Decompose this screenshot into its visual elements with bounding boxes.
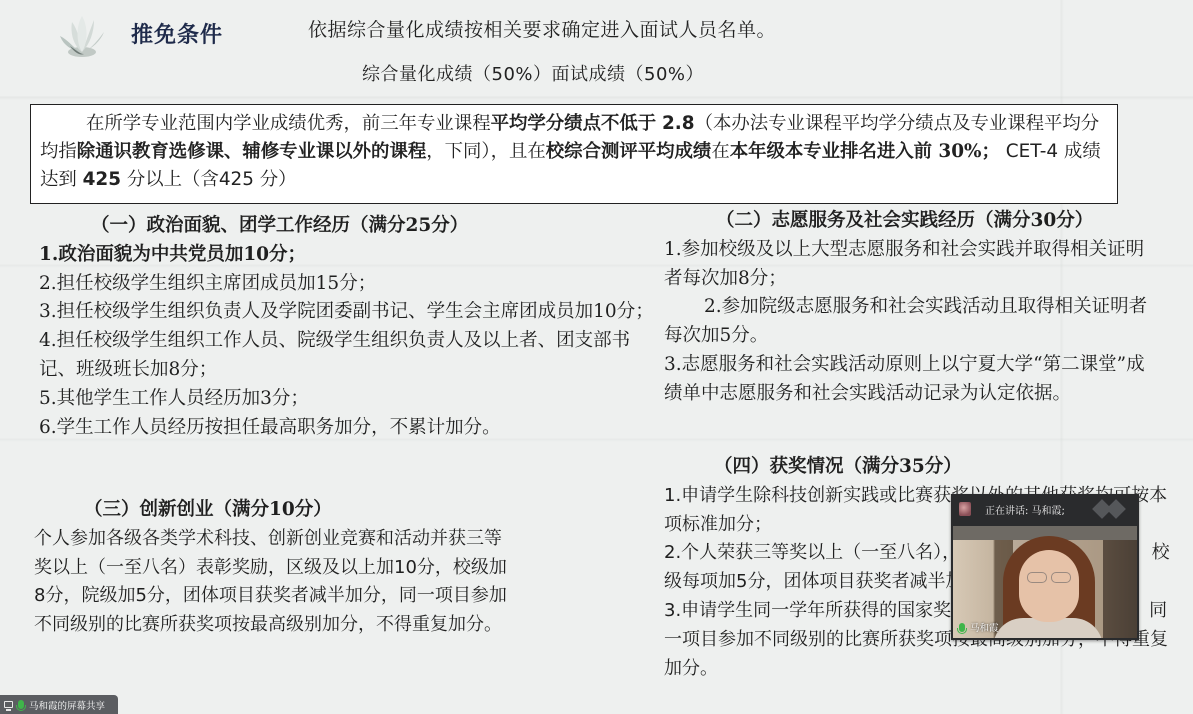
list-item: 4.担任校级学生组织工作人员、院级学生组织负责人及以上者、团支部书记、班级班长加… (39, 327, 659, 385)
section-heading: （三）创新创业（满分10分） (34, 496, 514, 525)
section-volunteer-service: （二）志愿服务及社会实践经历（满分30分） 1.参加校级及以上大型志愿服务和社会… (664, 207, 1154, 409)
speaking-indicator: 正在讲话: 马和霞; (985, 502, 1065, 517)
screen-share-icon (4, 701, 13, 708)
list-item: 1.政治面貌为中共党员加10分； (39, 241, 659, 270)
list-item: 6.学生工作人员经历按担任最高职务加分，不累计加分。 (39, 414, 659, 443)
criteria-text: 分以上（含425 分） (121, 169, 297, 190)
participant-name: 马和霞 (970, 620, 999, 634)
microphone-icon (959, 623, 965, 632)
section-political-work: （一）政治面貌、团学工作经历（满分25分） 1.政治面貌为中共党员加10分； 2… (39, 212, 659, 442)
section-heading: （一）政治面貌、团学工作经历（满分25分） (39, 212, 659, 241)
criteria-text: 在 (711, 141, 729, 162)
criteria-emphasis: 校综合测评平均成绩 (546, 141, 712, 162)
speaker-video-panel[interactable]: 正在讲话: 马和霞; 马和霞 (951, 494, 1139, 640)
lotus-logo-icon (50, 12, 112, 60)
meeting-app-logo-icon (1095, 502, 1129, 516)
speaker-avatar-icon (959, 502, 971, 516)
video-header[interactable]: 正在讲话: 马和霞; (951, 494, 1139, 524)
gpa-threshold: 2.8 (662, 113, 695, 134)
section-heading: （四）获奖情况（满分35分） (664, 453, 1184, 482)
slide-title: 推免条件 (131, 18, 223, 49)
microphone-icon (18, 700, 24, 709)
score-weights-text: 综合量化成绩（50%）面试成绩（50%） (362, 60, 704, 86)
participant-glasses (1023, 572, 1075, 584)
section-innovation: （三）创新创业（满分10分） 个人参加各级各类学术科技、创新创业竞赛和活动并获三… (34, 496, 514, 640)
eligibility-criteria-box: 在所学专业范围内学业成绩优秀，前三年专业课程平均学分绩点不低于 2.8（本办法专… (30, 104, 1118, 204)
participant-name-tag: 马和霞 (959, 620, 999, 634)
section-heading: （二）志愿服务及社会实践经历（满分30分） (664, 207, 1154, 236)
screen-share-badge[interactable]: 马和霞的屏幕共享 (0, 695, 118, 714)
cet-score-threshold: 425 (83, 169, 121, 190)
criteria-text: ，下同），且在 (426, 141, 546, 162)
list-item: 1.参加校级及以上大型志愿服务和社会实践并取得相关证明者每次加8分； (664, 236, 1154, 294)
lead-text: 依据综合量化成绩按相关要求确定进入面试人员名单。 (308, 15, 776, 42)
list-item: 3.志愿服务和社会实践活动原则上以宁夏大学“第二课堂”成绩单中志愿服务和社会实践… (664, 351, 1154, 409)
participant-face (1019, 550, 1079, 622)
criteria-emphasis: 除通识教育选修课、辅修专业课以外的课程 (77, 141, 426, 162)
participant-video[interactable]: 马和霞 (953, 526, 1137, 638)
list-item: 3.担任校级学生组织负责人及学院团委副书记、学生会主席团成员加10分； (39, 298, 659, 327)
list-item: 5.其他学生工作人员经历加3分； (39, 385, 659, 414)
criteria-text: 在所学专业范围内学业成绩优秀，前三年专业课程 (86, 113, 491, 134)
list-item: 个人参加各级各类学术科技、创新创业竞赛和活动并获三等奖以上（一至八名）表彰奖励，… (34, 525, 514, 640)
list-item: 2.担任校级学生组织主席团成员加15分； (39, 270, 659, 299)
list-item: 2.参加院级志愿服务和社会实践活动且取得相关证明者每次加5分。 (664, 293, 1154, 351)
ranking-threshold: 本年级本专业排名进入前 30%； (730, 141, 1000, 162)
screen-share-label: 马和霞的屏幕共享 (29, 698, 105, 712)
criteria-emphasis: 平均学分绩点不低于 (491, 113, 657, 134)
